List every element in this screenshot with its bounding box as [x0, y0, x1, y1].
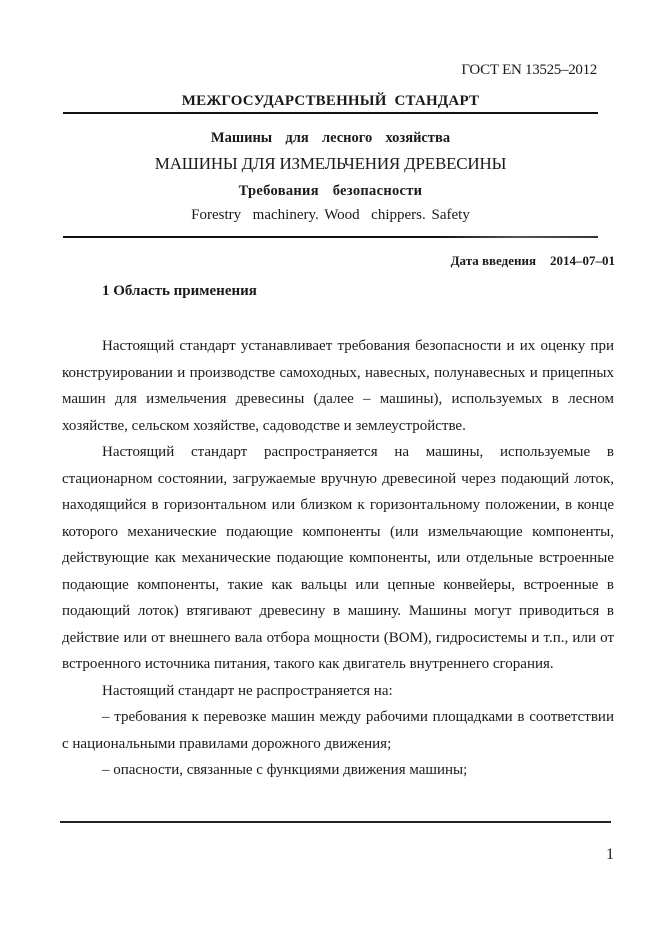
footer-divider [60, 821, 611, 823]
standard-type-heading: МЕЖГОСУДАРСТВЕННЫЙ СТАНДАРТ [63, 93, 598, 110]
section-body: Настоящий стандарт устанавливает требова… [62, 333, 614, 784]
english-title: Forestry machinery. Wood chippers. Safet… [63, 207, 598, 224]
title-block-divider [63, 236, 598, 238]
introduction-date-label: Дата введения [451, 253, 536, 268]
page-number: 1 [598, 846, 614, 864]
list-item: – требования к перевозке машин между раб… [62, 704, 614, 757]
section-heading: 1 Область применения [102, 283, 257, 300]
introduction-date-value: 2014–07–01 [550, 253, 615, 268]
paragraph: Настоящий стандарт распространяется на м… [62, 439, 614, 678]
paragraph: Настоящий стандарт устанавливает требова… [62, 333, 614, 439]
category-title: Машины для лесного хозяйства [63, 130, 598, 147]
subtitle: Требования безопасности [63, 183, 598, 200]
list-item: – опасности, связанные с функциями движе… [62, 757, 614, 784]
document-code: ГОСТ EN 13525–2012 [420, 62, 597, 79]
paragraph: Настоящий стандарт не распространяется н… [62, 678, 614, 705]
main-title: МАШИНЫ ДЛЯ ИЗМЕЛЬЧЕНИЯ ДРЕВЕСИНЫ [63, 154, 598, 174]
header-divider [63, 112, 598, 114]
introduction-date: Дата введения2014–07–01 [380, 253, 615, 269]
